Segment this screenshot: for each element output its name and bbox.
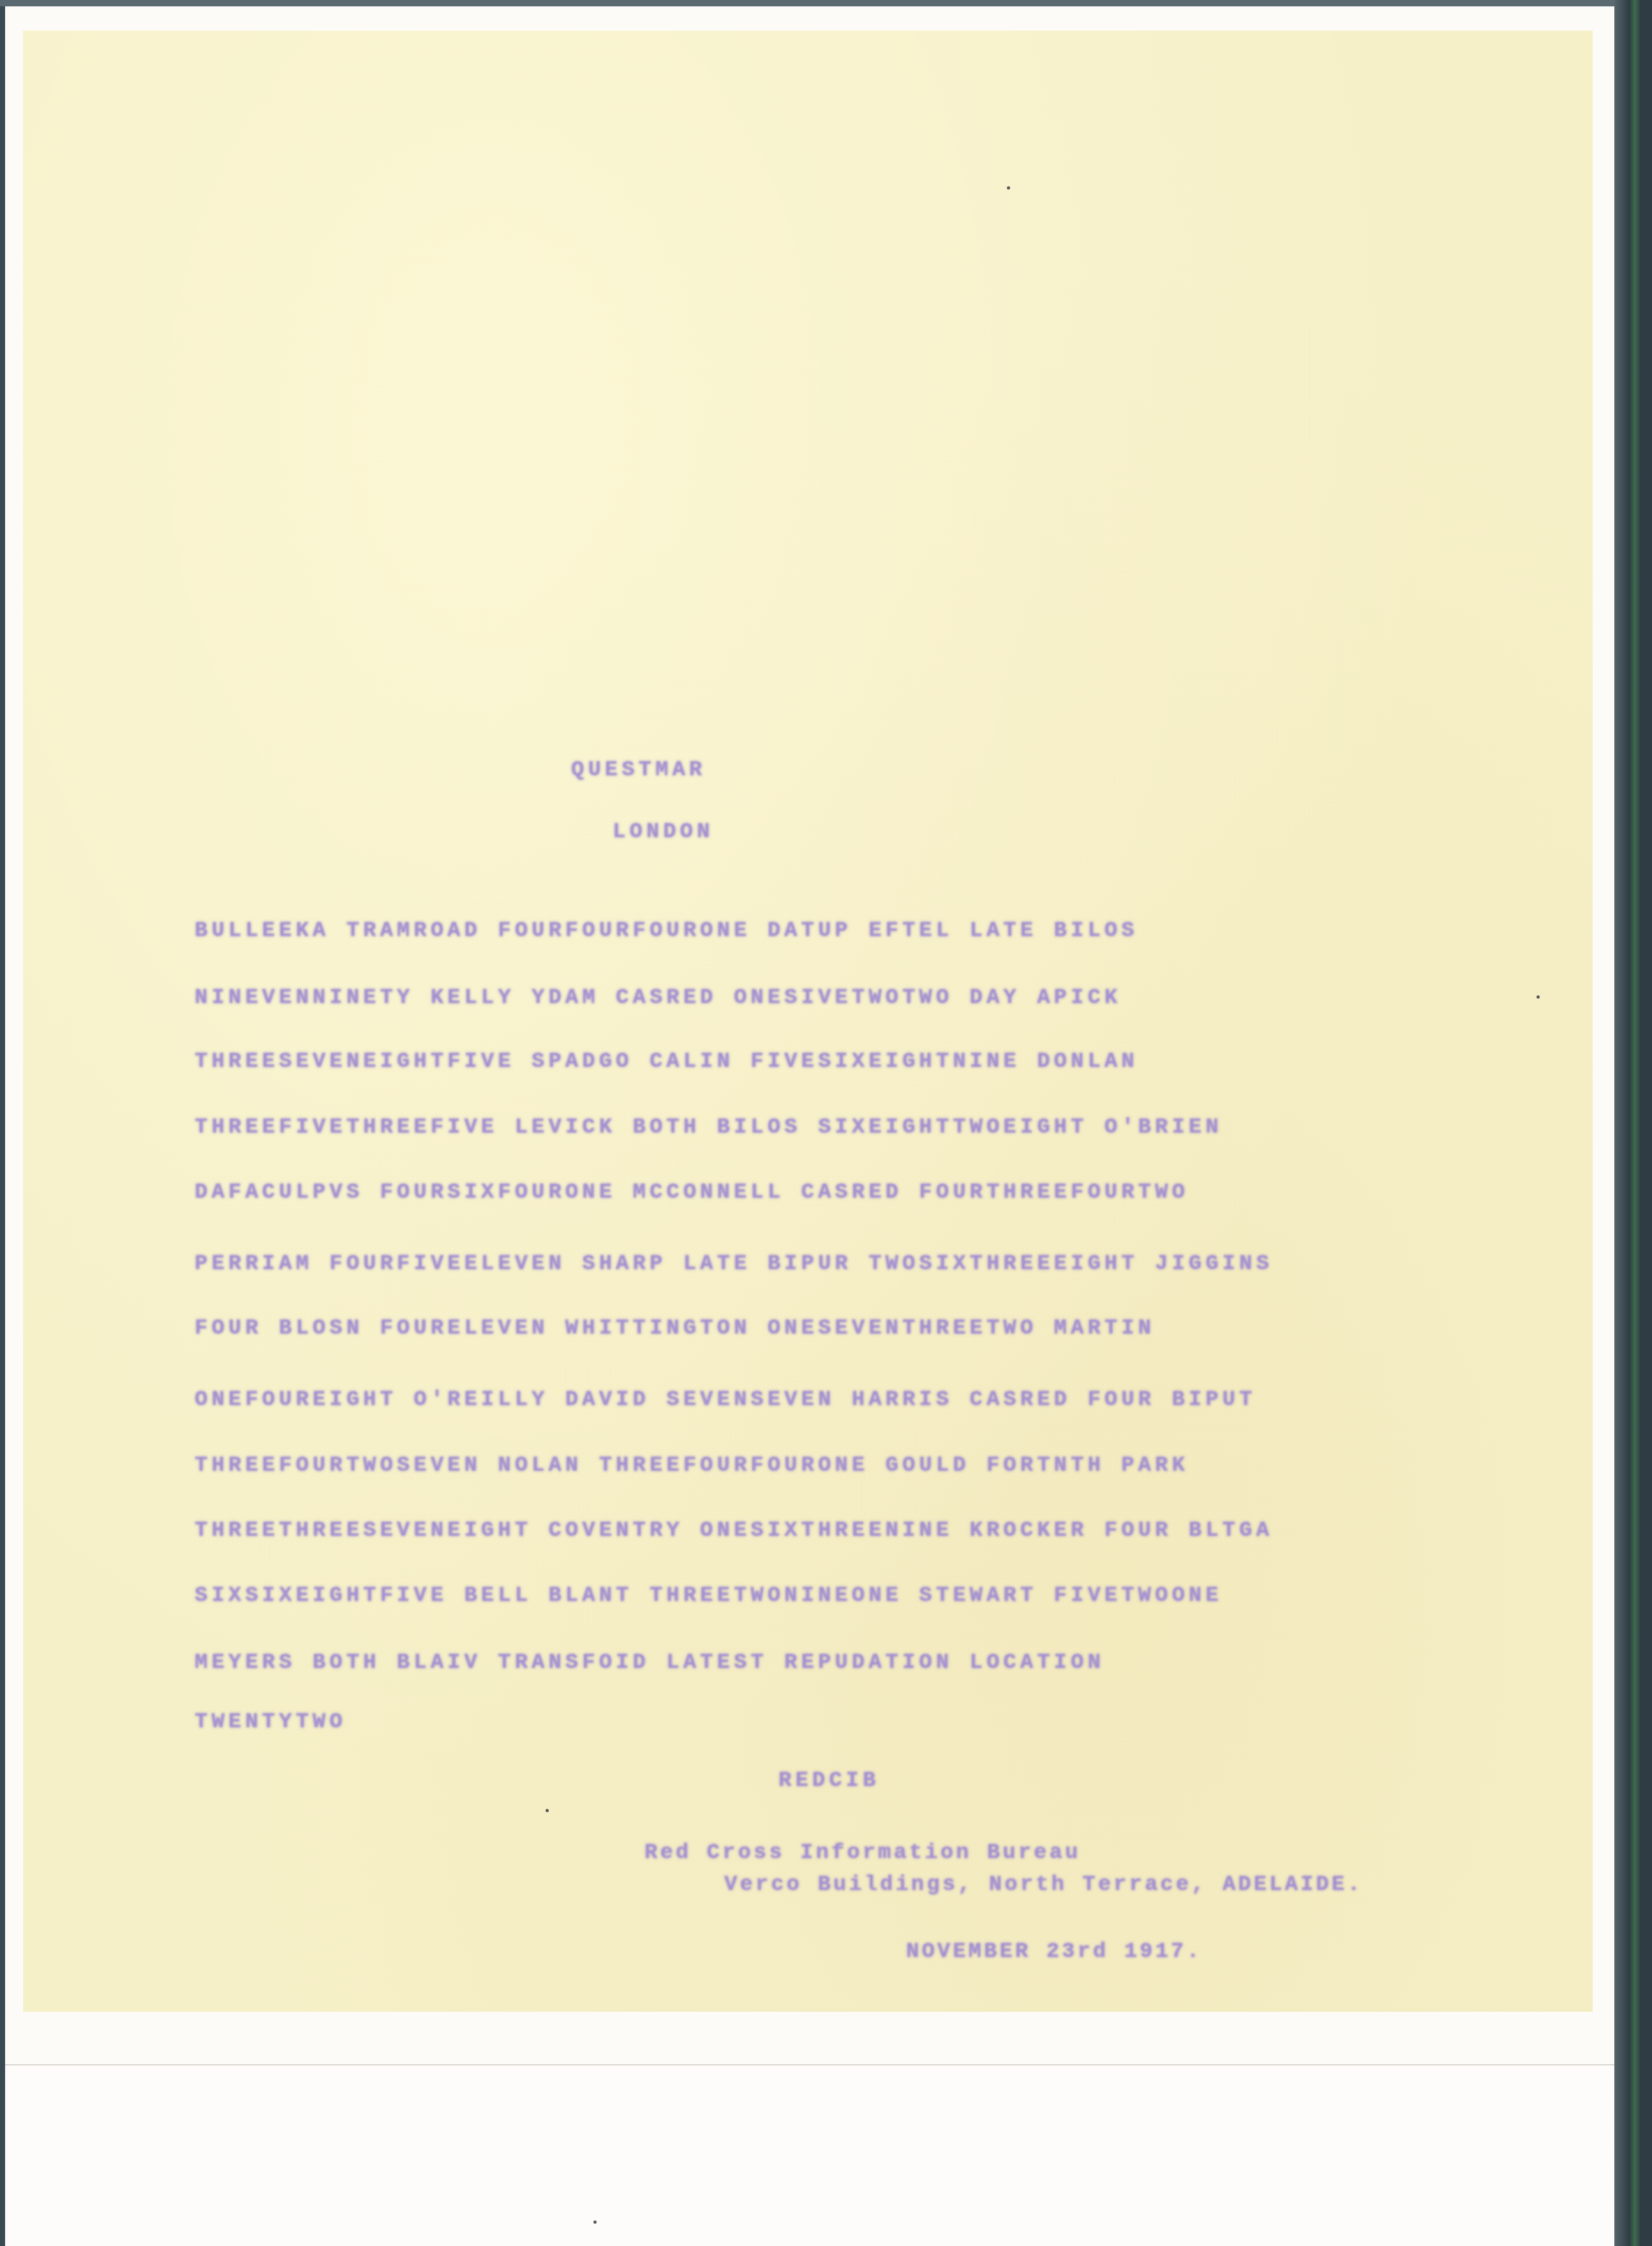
document-date: NOVEMBER 23rd 1917. <box>906 1940 1202 1964</box>
telegram-body-line: NINEVENNINETY KELLY YDAM CASRED ONESIVET… <box>195 986 1121 1010</box>
bureau-address: Verco Buildings, North Terrace, ADELAIDE… <box>724 1873 1363 1897</box>
telegram-body-line: MEYERS BOTH BLAIV TRANSFOID LATEST REPUD… <box>195 1651 1105 1675</box>
telegram-body-line: ONEFOUREIGHT O'REILLY DAVID SEVENSEVEN H… <box>195 1388 1256 1412</box>
mount-sheet-lower-fold <box>5 2064 1614 2246</box>
telegram-body-line: DAFACULPVS FOURSIXFOURONE MCCONNELL CASR… <box>195 1180 1189 1205</box>
signature-code: REDCIB <box>778 1769 879 1793</box>
address-line-2: LONDON <box>613 820 713 844</box>
paper-speck <box>1537 995 1540 999</box>
telegram-body-line: TWENTYTWO <box>195 1710 346 1734</box>
telegram-body-line: THREEFIVETHREEFIVE LEVICK BOTH BILOS SIX… <box>195 1115 1223 1140</box>
address-line-1: QUESTMAR <box>571 758 706 782</box>
scanner-top-edge <box>0 0 1652 6</box>
telegram-body-line: SIXSIXEIGHTFIVE BELL BLANT THREETWONINEO… <box>195 1584 1223 1608</box>
telegram-body-line: THREETHREESEVENEIGHT COVENTRY ONESIXTHRE… <box>195 1519 1273 1543</box>
telegram-body-line: PERRIAM FOURFIVEELEVEN SHARP LATE BIPUR … <box>195 1252 1273 1276</box>
paper-speck <box>546 1809 549 1812</box>
bureau-name: Red Cross Information Bureau <box>644 1841 1080 1865</box>
telegram-body-line: THREEFOURTWOSEVEN NOLAN THREEFOURFOURONE… <box>195 1454 1189 1478</box>
telegram-body-line: FOUR BLOSN FOURELEVEN WHITTINGTON ONESEV… <box>195 1316 1155 1341</box>
telegram-body-line: THREESEVENEIGHTFIVE SPADGO CALIN FIVESIX… <box>195 1050 1138 1074</box>
scanner-right-edge <box>1614 0 1652 2246</box>
telegram-body-line: BULLEEKA TRAMROAD FOURFOURFOURONE DATUP … <box>195 919 1138 943</box>
paper-speck <box>1007 186 1010 190</box>
paper-speck <box>593 2220 597 2224</box>
